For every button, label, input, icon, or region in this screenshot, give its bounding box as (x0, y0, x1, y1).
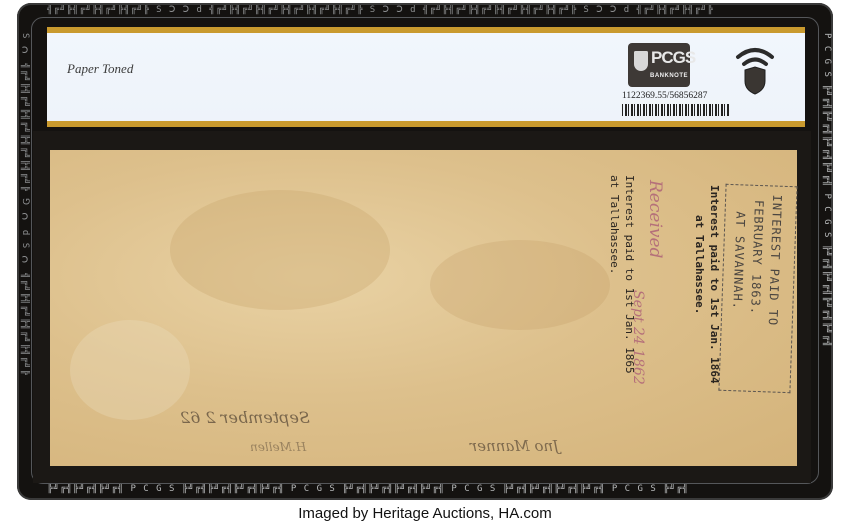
stamp-line: FEBRUARY 1863. (748, 200, 766, 316)
tallahassee-1864-stamp: Interest paid to 1st Jan. 1864 (708, 185, 721, 384)
holder-border-pattern: P C G S ╠╝╔╣╠╝╔╣╠╝╔╣╠╝╔╣ P C G S ╠╝╔╣╠╝╔… (820, 33, 832, 473)
bleedthrough-signature: Jno Manner (470, 437, 559, 455)
toning-blot (170, 190, 390, 310)
tallahassee-1864-stamp-location: at Tallahassee. (693, 215, 706, 314)
savannah-interest-stamp: INTEREST PAID TO FEBRUARY 1863. AT SAVAN… (718, 184, 797, 393)
logo-subtext: BANKNOTE (650, 73, 688, 79)
barcode (622, 104, 730, 116)
pcgs-banknote-logo: PCGS BANKNOTE (628, 43, 690, 87)
holder-border-pattern: S Ↄ ╣╔╝╠╣╔╝╠╣╔╝╠╣╔╝╠╣╔╝╠ ⅁ Ↄ d S Ↄ ╣╔╝╠╣… (18, 33, 30, 473)
bleedthrough-date: September 2 62 (180, 408, 310, 427)
banknote-back: INTEREST PAID TO FEBRUARY 1863. AT SAVAN… (50, 150, 797, 466)
holder-border-pattern: ╠╝╔╣╠╝╔╣╠╝╔╣ P C G S ╠╝╔╣╠╝╔╣╠╝╔╣╠╝╔╣ P … (47, 484, 807, 496)
grading-label: Paper Toned PCGS BANKNOTE 1122369.55/568… (47, 27, 805, 127)
tallahassee-1865-stamp-location: at Tallahassee. (608, 175, 621, 274)
logo-text: PCGS (651, 48, 695, 68)
tallahassee-1865-stamp: Interest paid to 1st Jan. 1865 (623, 175, 636, 374)
cert-number: 1122369.55/56856287 (622, 91, 707, 101)
toning-blot (430, 240, 610, 330)
handwritten-received: Received (645, 180, 665, 258)
stamp-line: INTEREST PAID TO (766, 194, 785, 326)
image-credit: Imaged by Heritage Auctions, HA.com (0, 505, 850, 522)
bleedthrough-signature-small: H.Mellen (250, 440, 306, 454)
holder-border-pattern: ╣╔╝╠╣╔╝╠╣╔╝╠╣╔╝╠ S Ↄ Ↄ d ╣╔╝╠╣╔╝╠╣╔╝╠╣╔╝… (47, 5, 807, 17)
shield-icon (634, 51, 648, 71)
toning-blot (70, 320, 190, 420)
nfc-shield-icon (735, 45, 775, 95)
grade-comment: Paper Toned (67, 61, 133, 77)
stamp-line: AT SAVANNAH. (730, 211, 747, 310)
